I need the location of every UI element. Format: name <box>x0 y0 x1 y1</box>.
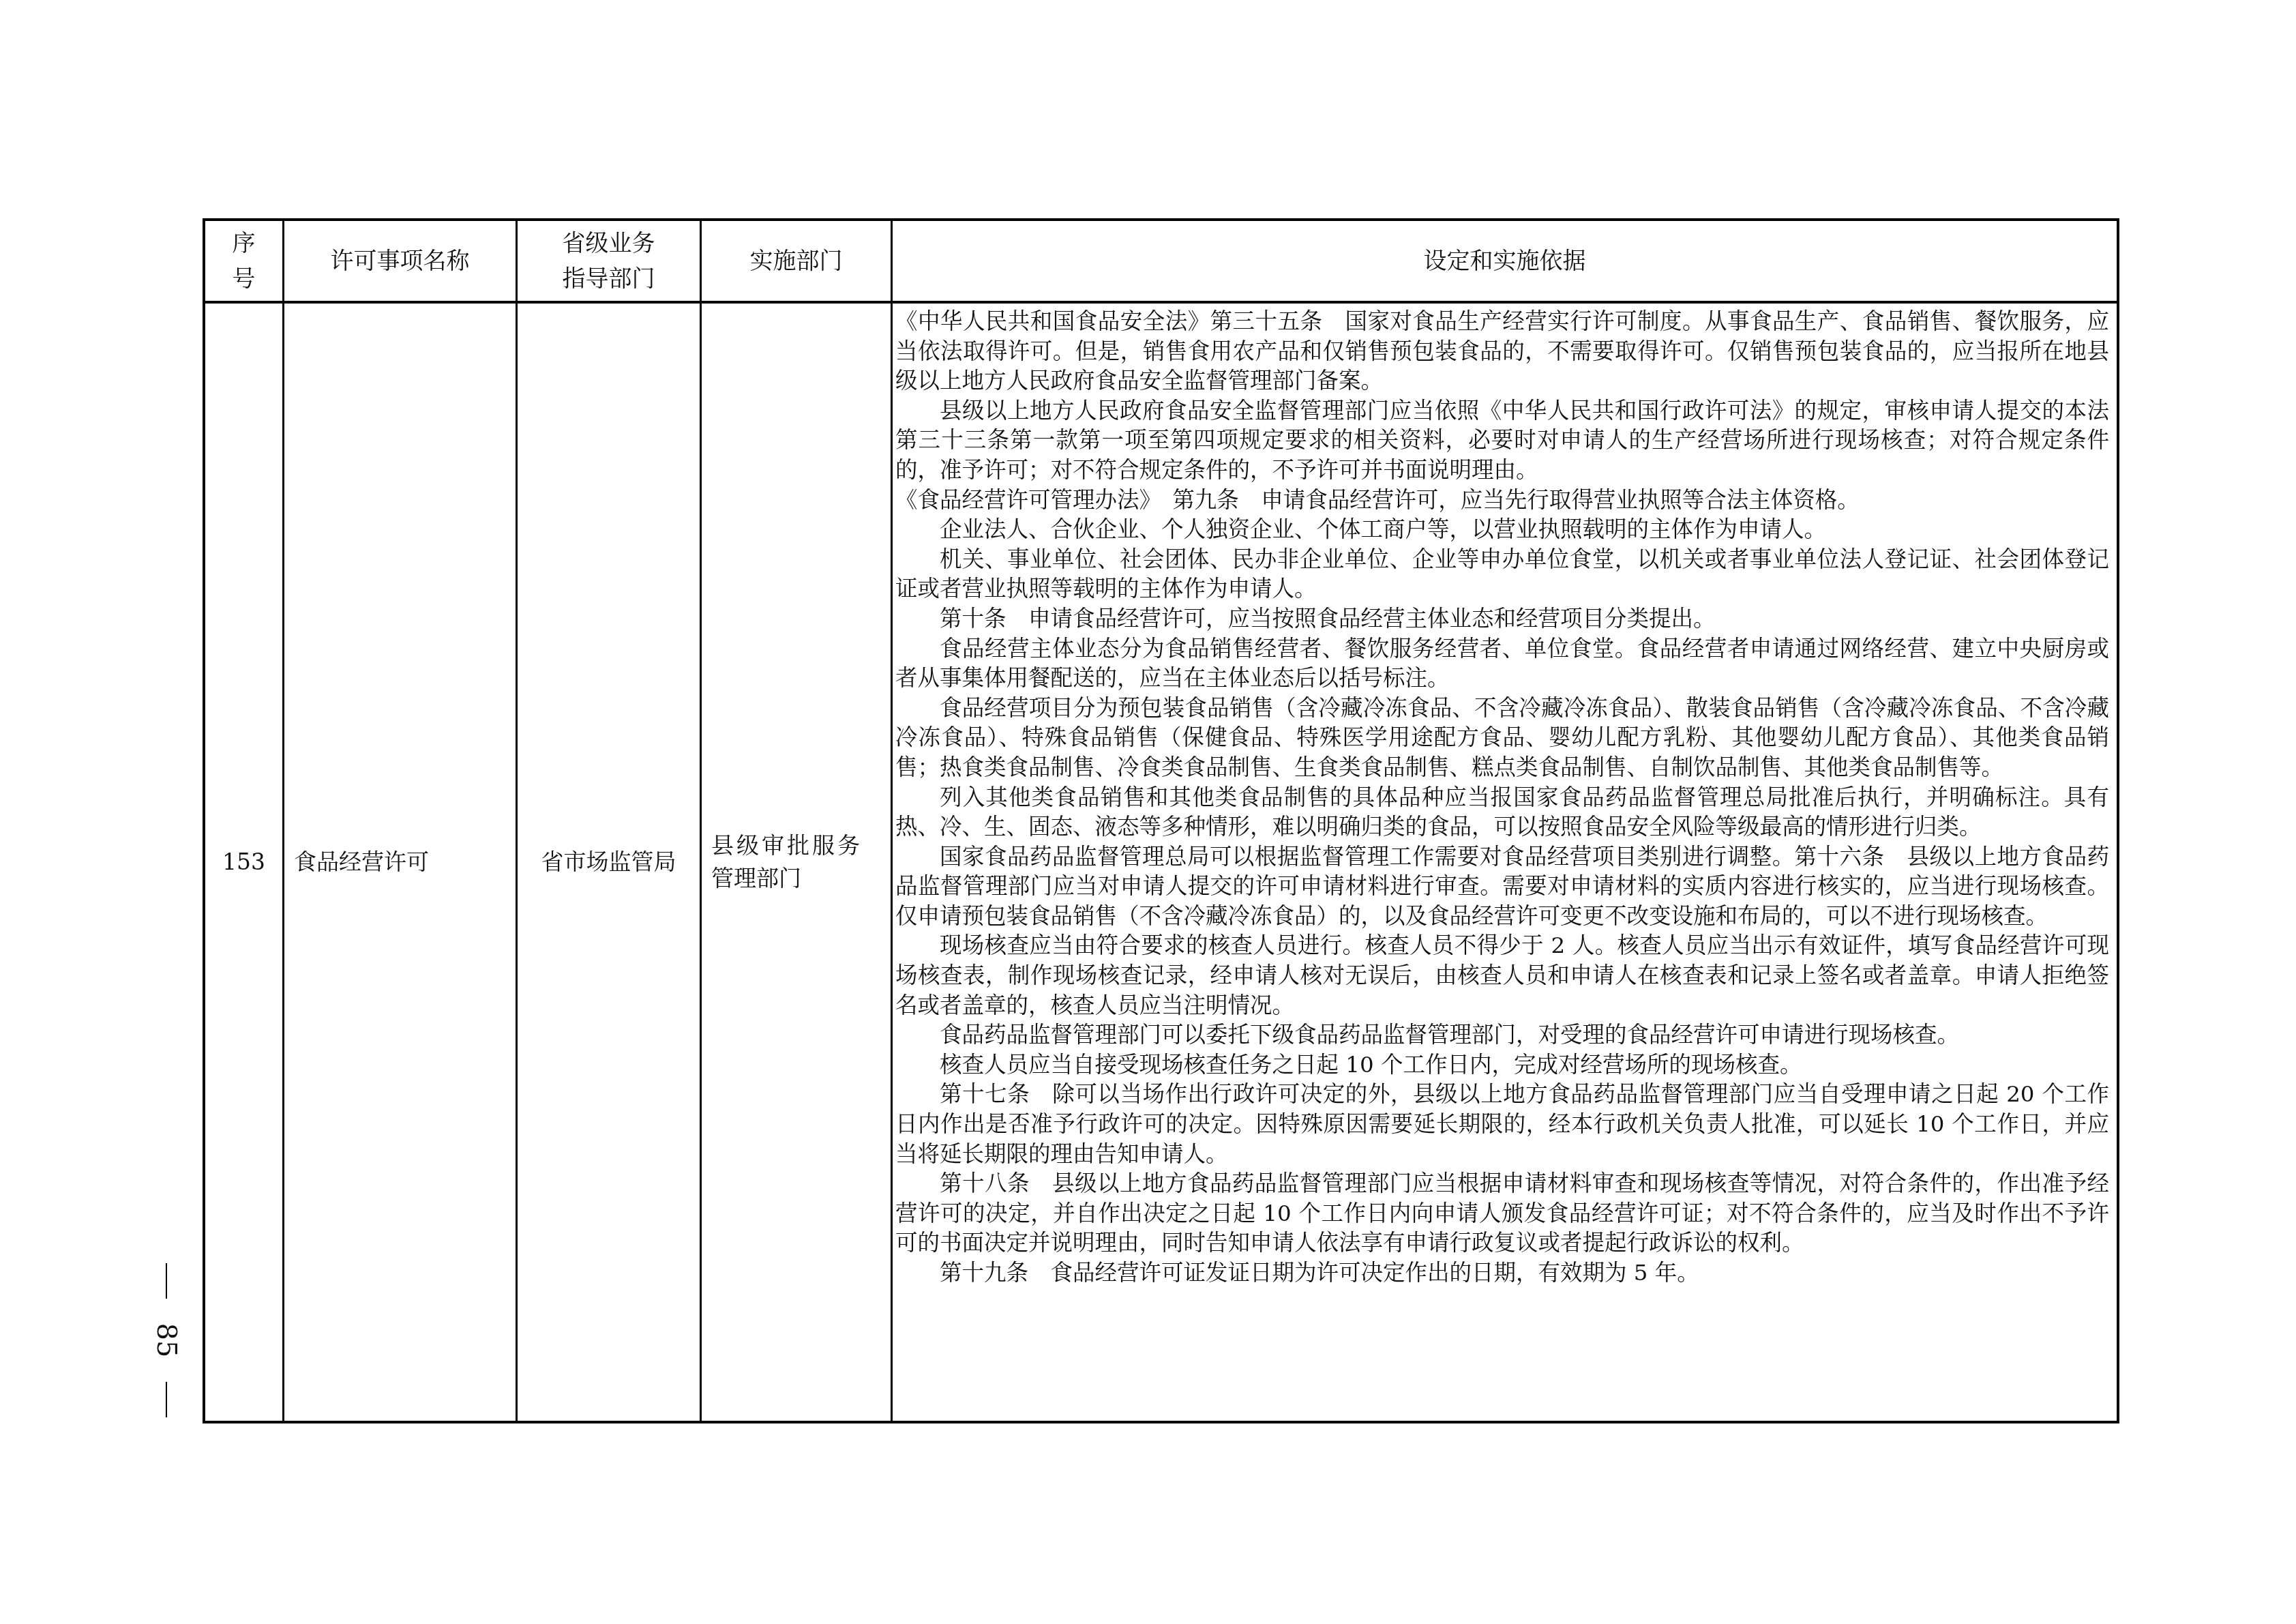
basis-paragraph: 食品经营项目分为预包装食品销售（含冷藏冷冻食品、不含冷藏冷冻食品）、散装食品销售… <box>895 694 2109 783</box>
basis-paragraph: 第十八条 县级以上地方食品药品监督管理部门应当根据申请材料审查和现场核查等情况，… <box>895 1169 2109 1258</box>
basis-paragraph: 核查人员应当自接受现场核查任务之日起 10 个工作日内，完成对经营场所的现场核查… <box>895 1050 2109 1080</box>
header-impl-dept-label: 实施部门 <box>750 243 843 279</box>
basis-paragraph: 县级以上地方人民政府食品安全监督管理部门应当依照《中华人民共和国行政许可法》的规… <box>895 396 2109 486</box>
header-guide-dept: 省级业务 指导部门 <box>518 221 700 301</box>
column-divider <box>282 221 284 1421</box>
page-number-text: 85 <box>151 1323 182 1358</box>
header-guide-dept-line1: 省级业务 <box>563 226 655 261</box>
basis-paragraph: 《食品经营许可管理办法》 第九条 申请食品经营许可，应当先行取得营业执照等合法主… <box>895 486 2109 516</box>
basis-paragraph: 第十七条 除可以当场作出行政许可决定的外，县级以上地方食品药品监督管理部门应当自… <box>895 1080 2109 1169</box>
page-number-dash-bottom <box>166 1382 167 1417</box>
basis-paragraph: 列入其他类食品销售和其他类食品制售的具体品种应当报国家食品药品监督管理总局批准后… <box>895 783 2109 842</box>
page-number: 85 <box>146 1263 187 1420</box>
row-guide-dept: 省市场监管局 <box>541 846 676 879</box>
column-divider <box>700 221 702 1421</box>
basis-paragraph: 企业法人、合伙企业、个人独资企业、个体工商户等，以营业执照载明的主体作为申请人。 <box>895 515 2109 545</box>
basis-paragraph: 机关、事业单位、社会团体、民办非企业单位、企业等申办单位食堂，以机关或者事业单位… <box>895 545 2109 604</box>
header-impl-dept: 实施部门 <box>702 221 891 301</box>
cell-permit-name: 食品经营许可 <box>294 304 512 1421</box>
row-seq-number: 153 <box>222 846 265 879</box>
permit-table: 序 号 许可事项名称 省级业务 指导部门 实施部门 设定和实施依据 153 食品… <box>203 218 2119 1423</box>
column-divider <box>891 221 893 1421</box>
header-seq: 序 号 <box>205 221 282 301</box>
basis-paragraph: 《中华人民共和国食品安全法》第三十五条 国家对食品生产经营实行许可制度。从事食品… <box>895 307 2109 396</box>
cell-impl-dept: 县级审批服务 管理部门 <box>711 304 889 1421</box>
cell-seq: 153 <box>205 304 282 1421</box>
header-permit-name-label: 许可事项名称 <box>331 243 470 279</box>
row-permit-name: 食品经营许可 <box>294 846 429 879</box>
page-number-dash-top <box>166 1263 167 1299</box>
basis-paragraph: 第十九条 食品经营许可证发证日期为许可决定作出的日期，有效期为 5 年。 <box>895 1258 2109 1288</box>
header-seq-line1: 序 <box>233 226 256 261</box>
basis-paragraph: 第十条 申请食品经营许可，应当按照食品经营主体业态和经营项目分类提出。 <box>895 604 2109 634</box>
basis-paragraph: 现场核查应当由符合要求的核查人员进行。核查人员不得少于 2 人。核查人员应当出示… <box>895 931 2109 1020</box>
header-basis-label: 设定和实施依据 <box>1424 243 1586 279</box>
header-basis: 设定和实施依据 <box>893 221 2117 301</box>
basis-paragraph: 食品药品监督管理部门可以委托下级食品药品监督管理部门，对受理的食品经营许可申请进… <box>895 1020 2109 1050</box>
basis-paragraph: 食品经营主体业态分为食品销售经营者、餐饮服务经营者、单位食堂。食品经营者申请通过… <box>895 634 2109 694</box>
header-guide-dept-line2: 指导部门 <box>563 261 655 297</box>
cell-legal-basis: 《中华人民共和国食品安全法》第三十五条 国家对食品生产经营实行许可制度。从事食品… <box>895 307 2109 1288</box>
header-permit-name: 许可事项名称 <box>284 221 516 301</box>
header-seq-line2: 号 <box>233 261 256 297</box>
row-impl-dept-line1: 县级审批服务 <box>711 829 863 862</box>
cell-guide-dept: 省市场监管局 <box>518 304 700 1421</box>
row-impl-dept-line2: 管理部门 <box>711 862 801 895</box>
basis-paragraph: 国家食品药品监督管理总局可以根据监督管理工作需要对食品经营项目类别进行调整。第十… <box>895 842 2109 932</box>
